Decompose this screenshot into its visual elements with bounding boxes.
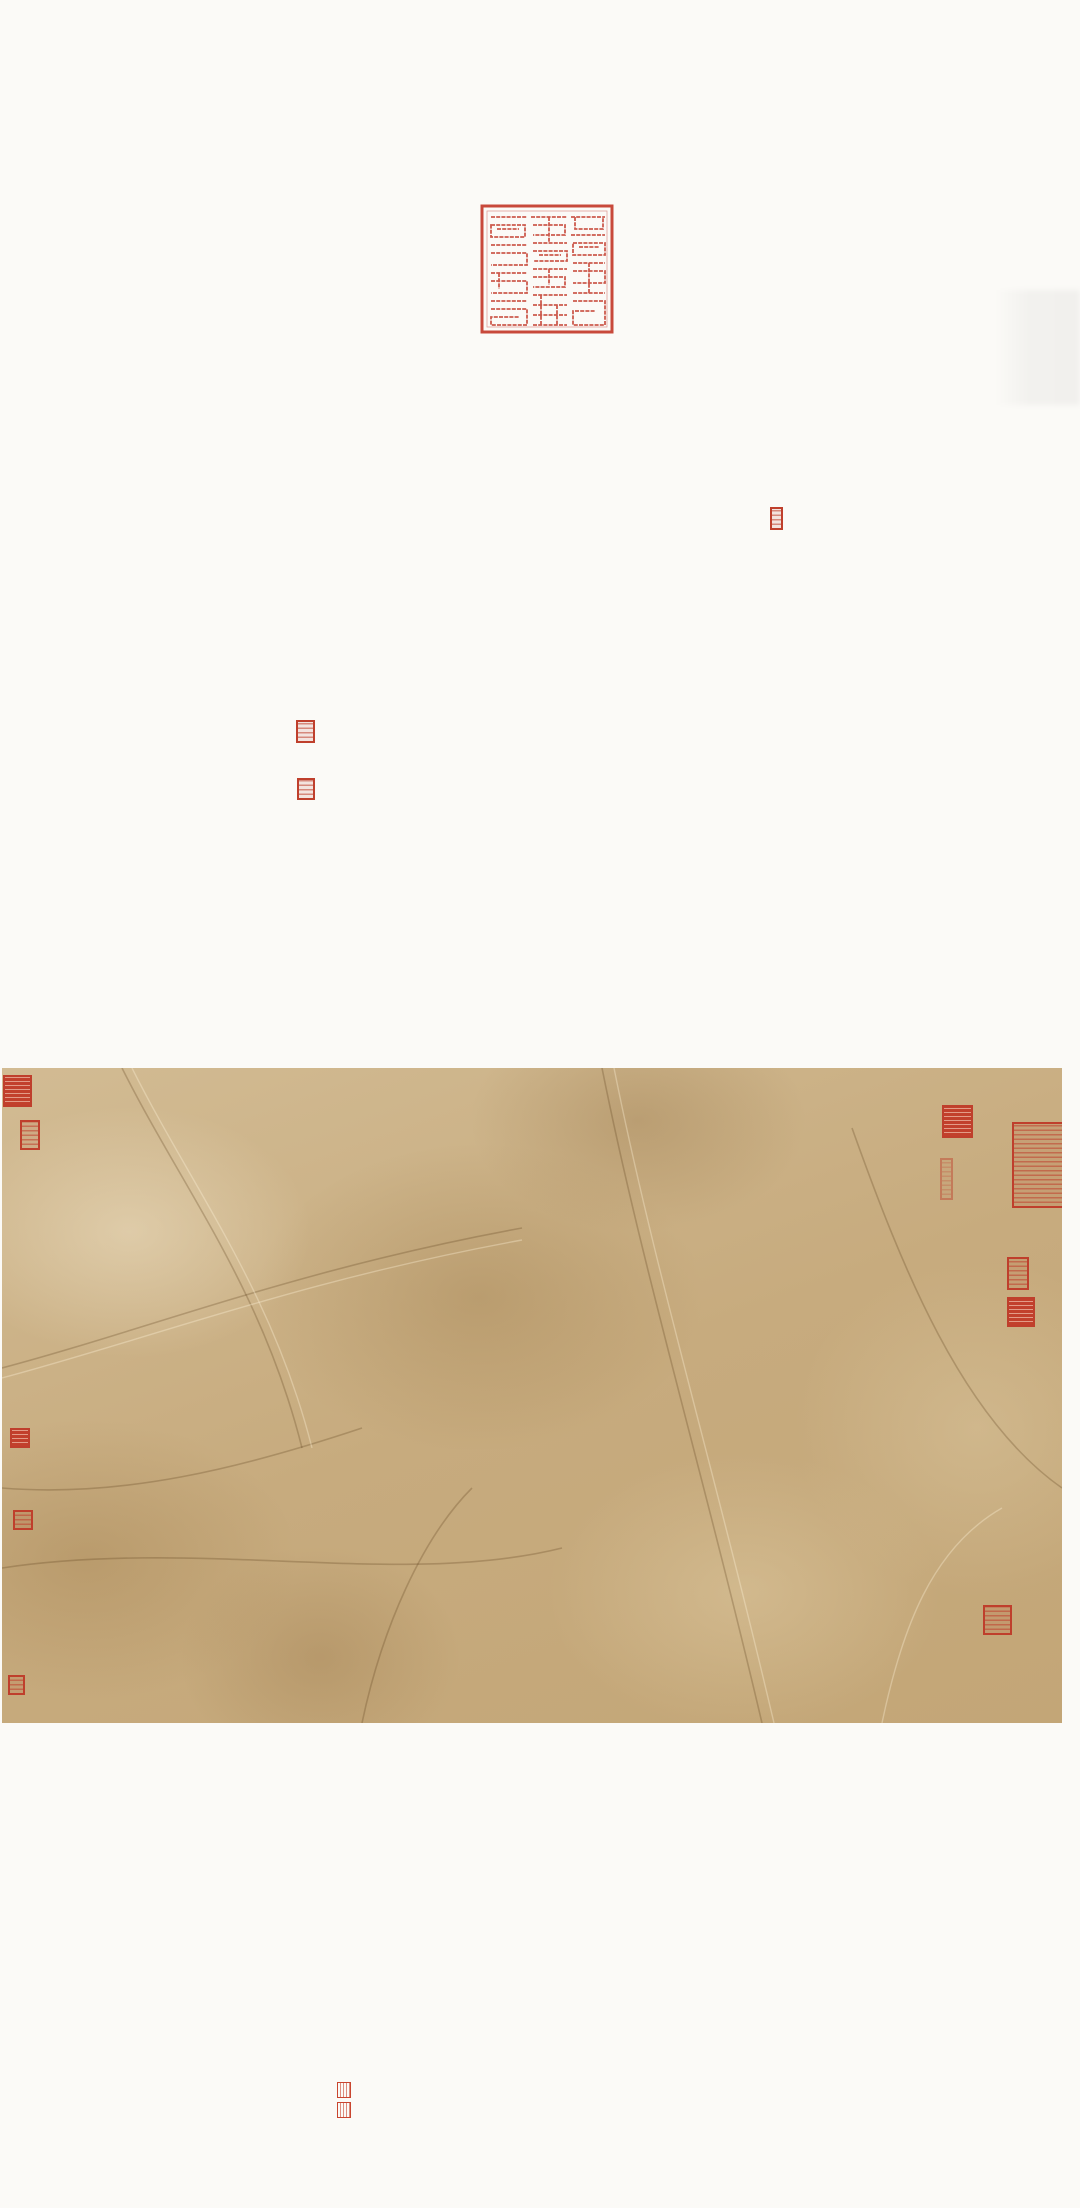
panel-seal <box>942 1105 973 1138</box>
inscription-column <box>599 512 625 773</box>
seal-script-icon <box>479 203 615 335</box>
transcription-column <box>581 1865 595 2088</box>
inscription-column <box>401 507 427 783</box>
transcription-column <box>662 1865 676 2097</box>
scroll-column <box>723 1100 769 1700</box>
transcription-column <box>711 1865 725 2097</box>
panel-seal <box>10 1428 30 1448</box>
transcription-column <box>330 1865 344 2079</box>
transcription-column <box>727 1865 741 2097</box>
inscription-column <box>341 507 367 793</box>
inscription-column <box>627 507 653 763</box>
scroll-column <box>249 1093 295 1673</box>
transcription-column <box>376 1865 390 2105</box>
scroll-column <box>780 1110 826 1713</box>
transcription-column <box>438 1865 452 2100</box>
transcription-column <box>565 1865 579 2097</box>
transcription-column <box>678 1865 692 2097</box>
scroll-column <box>895 1100 941 1717</box>
scroll-column <box>606 1100 652 1713</box>
inscription-column <box>311 507 337 800</box>
inscription-column <box>684 507 710 747</box>
scroll-column <box>189 1103 235 1697</box>
faint-shadow-patch <box>995 290 1080 405</box>
transcription-column <box>406 1865 420 2100</box>
transcription-column <box>468 1865 482 2100</box>
scroll-column <box>485 1097 531 1707</box>
transcription-column <box>526 1865 540 2100</box>
scroll-column <box>307 1103 353 1673</box>
scroll-author <box>965 1288 1011 1444</box>
transcription-column <box>630 1865 644 2097</box>
transcription-column <box>391 1865 405 2095</box>
inscription-column <box>373 507 399 623</box>
panel-seal <box>940 1158 953 1200</box>
transcription-heading <box>768 1865 782 1895</box>
transcription-column <box>646 1865 660 2097</box>
transcription-column <box>694 1865 708 2097</box>
transcription-column <box>483 1865 497 2095</box>
inscription-column <box>457 507 483 773</box>
scroll-column <box>132 1097 178 1437</box>
transcription-column <box>498 1865 512 2100</box>
colophon-signature <box>18 1390 52 1522</box>
transcription-column <box>512 1865 526 2095</box>
panel-seal <box>1007 1297 1035 1327</box>
transcription-column <box>613 1865 627 2097</box>
colophon-line <box>59 1233 85 1487</box>
inscription-column <box>739 507 765 777</box>
scroll-column <box>838 1097 884 1707</box>
panel-seal <box>1012 1122 1062 1208</box>
transcription-column <box>597 1865 611 2097</box>
transcription-column <box>358 1865 372 2037</box>
transcription-seal <box>337 2082 351 2098</box>
transcription-column <box>743 1865 757 2097</box>
page-canvas <box>0 0 1080 2208</box>
panel-seal <box>1007 1257 1029 1290</box>
panel-seal <box>13 1510 33 1530</box>
panel-seal <box>20 1120 40 1150</box>
scroll-panel <box>2 1068 1062 1723</box>
inscription-column <box>571 507 597 773</box>
inscription-seal <box>770 507 783 530</box>
scroll-column <box>549 1103 595 1717</box>
panel-seal <box>983 1605 1012 1635</box>
inscription-seal <box>296 720 315 743</box>
colophon-line <box>24 1240 50 1350</box>
inscription-seal <box>297 778 315 800</box>
inscription-column <box>711 507 737 777</box>
inscription-column <box>512 507 538 767</box>
transcription-seal <box>337 2102 351 2118</box>
transcription-block <box>330 1860 790 2125</box>
panel-seal <box>3 1075 32 1107</box>
inscription-column <box>484 507 510 757</box>
inscription-column <box>543 507 569 773</box>
transcription-column <box>421 1865 435 2105</box>
inscription-column <box>430 507 456 793</box>
scroll-column <box>422 1107 468 1707</box>
top-seal <box>479 203 615 335</box>
transcription-column <box>453 1865 467 2100</box>
inscription-column <box>655 507 681 770</box>
transcription-column <box>549 1865 563 2055</box>
panel-seal <box>8 1675 25 1695</box>
scroll-column <box>364 1107 410 1700</box>
scroll-column <box>663 1113 709 1697</box>
